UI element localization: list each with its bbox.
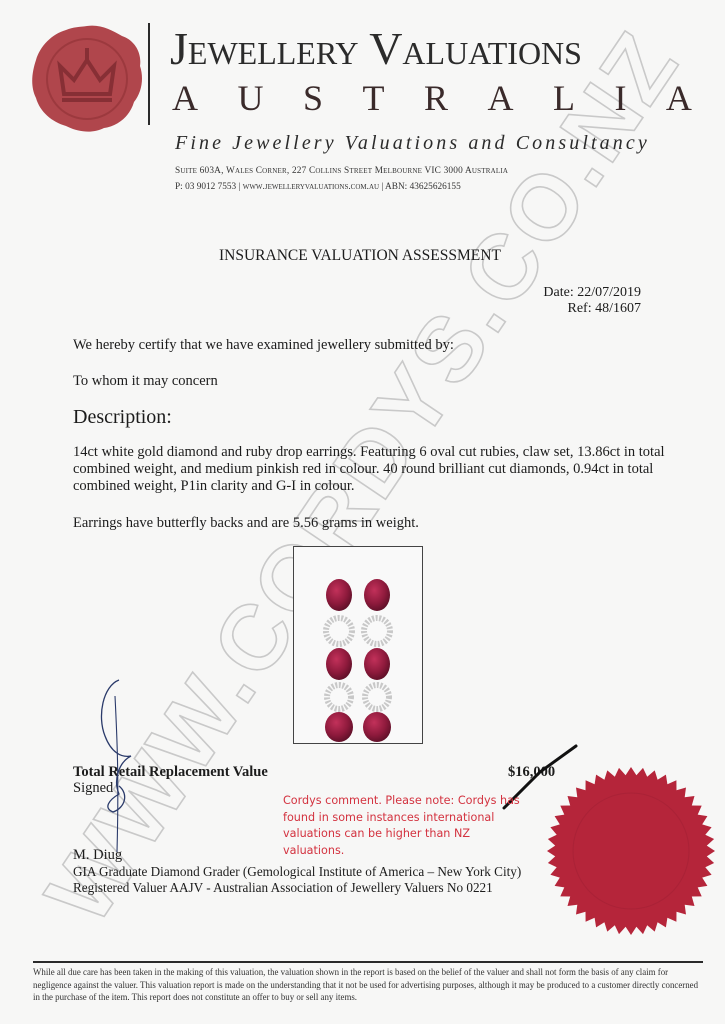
submitted-by: To whom it may concern [73,373,218,390]
document-date: Date: 22/07/2019 [535,285,641,301]
description-text: 14ct white gold diamond and ruby drop ea… [73,444,673,495]
contact-line: P: 03 9012 7553 | www.jewelleryvaluation… [175,182,461,192]
earrings-image [294,547,422,743]
earrings-photo [293,546,423,744]
address: Suite 603A, Wales Corner, 227 Collins St… [175,166,508,176]
tagline: Fine Jewellery Valuations and Consultanc… [175,132,650,155]
footer-rule [33,961,703,963]
certify-statement: We hereby certify that we have examined … [73,337,454,354]
description-extra: Earrings have butterfly backs and are 5.… [73,515,419,532]
document-title: INSURANCE VALUATION ASSESSMENT [219,247,501,265]
brand-country: A U S T R A L I A [172,80,692,116]
header-divider [148,23,150,125]
valuer-credential-aajv: Registered Valuer AAJV - Australian Asso… [73,880,493,896]
document-ref: Ref: 48/1607 [535,301,641,317]
cordys-comment: Cordys comment. Please note: Cordys has … [283,793,533,859]
valuer-name: M. Diug [73,847,122,864]
signature [95,676,155,856]
brand-name: Jewellery Valuations [170,26,582,72]
footer-disclaimer: While all due care has been taken in the… [33,966,705,1004]
description-heading: Description: [73,406,172,429]
valuer-credential-gia: GIA Graduate Diamond Grader (Gemological… [73,864,521,880]
wax-seal-logo [30,22,145,134]
red-seal [545,765,717,937]
